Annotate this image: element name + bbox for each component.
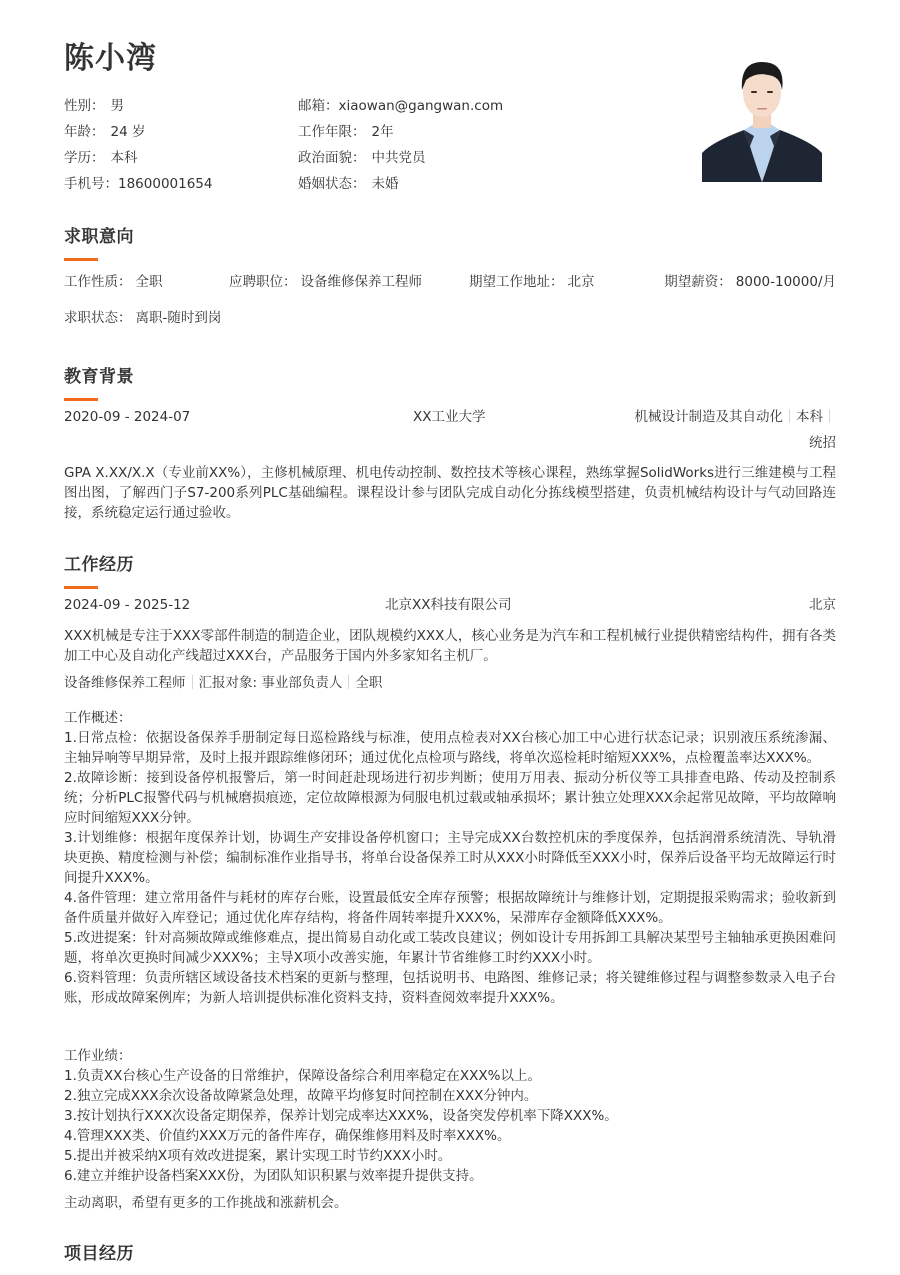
education-degree: 本科 [796, 409, 823, 425]
portrait-image [702, 50, 822, 182]
education-description: GPA X.XX/X.X（专业前XX%），主修机械原理、机电传动控制、数控技术等… [64, 463, 836, 523]
section-title: 求职意向 [64, 225, 836, 249]
info-phone: 手机号：18600001654 [64, 171, 212, 197]
section-job-intention: 求职意向 工作性质：全职 应聘职位：设备维修保养工程师 期望工作地址：北京 期望… [64, 225, 836, 261]
candidate-name: 陈小湾 [64, 38, 157, 80]
section-work-experience: 工作经历 2024-09 - 2025-12 北京XX科技有限公司 北京 XXX… [64, 553, 836, 589]
work-job-type: 全职 [355, 675, 382, 691]
achievement-item: 4.管理XXX类、价值约XXX万元的备件库存，确保维修用料及时率XXX%。 [64, 1126, 836, 1146]
info-work-years: 工作年限：2年 [298, 119, 394, 145]
intention-location: 期望工作地址：北京 [469, 272, 595, 292]
profile-photo [702, 50, 822, 182]
achievement-item: 2.独立完成XXX余次设备故障紧急处理，故障平均修复时间控制在XXX分钟内。 [64, 1086, 836, 1106]
overview-item: 4.备件管理：建立常用备件与耗材的库存台账，设置最低安全库存预警；根据故障统计与… [64, 888, 836, 928]
info-political-status: 政治面貌：中共党员 [298, 145, 426, 171]
intention-job-type: 工作性质：全职 [64, 272, 163, 292]
overview-item: 2.故障诊断：接到设备停机报警后，第一时间赶赴现场进行初步判断；使用万用表、振动… [64, 768, 836, 828]
education-enrollment: 统招 [809, 433, 836, 453]
leave-reason: 主动离职，希望有更多的工作挑战和涨薪机会。 [64, 1193, 836, 1213]
info-age: 年龄：24 岁 [64, 119, 145, 145]
education-major: 机械设计制造及其自动化 [635, 409, 784, 425]
separator [829, 409, 830, 423]
info-education: 学历：本科 [64, 145, 138, 171]
separator [348, 675, 349, 689]
work-achievements: 工作业绩： 1.负责XX台核心生产设备的日常维护，保障设备综合利用率稳定在XXX… [64, 1046, 836, 1186]
achievement-item: 1.负责XX台核心生产设备的日常维护，保障设备综合利用率稳定在XXX%以上。 [64, 1066, 836, 1086]
work-overview: 工作概述： 1.日常点检：依据设备保养手册制定每日巡检路线与标准，使用点检表对X… [64, 708, 836, 1008]
section-accent-bar [64, 586, 98, 589]
separator [192, 675, 193, 689]
achievements-title: 工作业绩： [64, 1046, 836, 1066]
work-report-to: 汇报对象: 事业部负责人 [199, 675, 343, 691]
work-role-line: 设备维修保养工程师汇报对象: 事业部负责人全职 [64, 673, 382, 693]
achievement-item: 5.提出并被采纳X项有效改进提案，累计实现工时节约XXX小时。 [64, 1146, 836, 1166]
work-period: 2024-09 - 2025-12 [64, 595, 190, 615]
section-accent-bar [64, 398, 98, 401]
overview-item: 3.计划维修：根据年度保养计划，协调生产安排设备停机窗口；主导完成XX台数控机床… [64, 828, 836, 888]
company-intro: XXX机械是专注于XXX零部件制造的制造企业，团队规模约XXX人，核心业务是为汽… [64, 626, 836, 666]
work-location: 北京 [809, 595, 836, 615]
education-major-degree: 机械设计制造及其自动化本科 [635, 407, 837, 427]
intention-position: 应聘职位：设备维修保养工程师 [229, 272, 422, 292]
education-period: 2020-09 - 2024-07 [64, 407, 190, 427]
overview-item: 5.改进提案：针对高频故障或维修难点，提出简易自动化或工装改良建议；例如设计专用… [64, 928, 836, 968]
intention-salary: 期望薪资：8000-10000/月 [664, 272, 836, 292]
overview-item: 6.资料管理：负责所辖区域设备技术档案的更新与整理，包括说明书、电路图、维修记录… [64, 968, 836, 1008]
section-title: 工作经历 [64, 553, 836, 577]
info-marital-status: 婚姻状态：未婚 [298, 171, 399, 197]
section-education: 教育背景 2020-09 - 2024-07 XX工业大学 机械设计制造及其自动… [64, 365, 836, 401]
separator [789, 409, 790, 423]
section-title: 项目经历 [64, 1242, 836, 1266]
email-link[interactable]: xiaowan@gangwan.com [339, 98, 504, 114]
overview-title: 工作概述： [64, 708, 836, 728]
work-company: 北京XX科技有限公司 [385, 595, 512, 615]
info-email: 邮箱：xiaowan@gangwan.com [298, 93, 503, 119]
intention-status: 求职状态：离职-随时到岗 [64, 308, 221, 328]
section-title: 教育背景 [64, 365, 836, 389]
work-position: 设备维修保养工程师 [64, 675, 186, 691]
section-projects: 项目经历 [64, 1242, 836, 1275]
overview-item: 1.日常点检：依据设备保养手册制定每日巡检路线与标准，使用点检表对XX台核心加工… [64, 728, 836, 768]
achievement-item: 6.建立并维护设备档案XXX份，为团队知识积累与效率提升提供支持。 [64, 1166, 836, 1186]
info-gender: 性别：男 [64, 93, 124, 119]
achievement-item: 3.按计划执行XXX次设备定期保养，保养计划完成率达XXX%，设备突发停机率下降… [64, 1106, 836, 1126]
education-school: XX工业大学 [413, 407, 486, 427]
section-accent-bar [64, 258, 98, 261]
